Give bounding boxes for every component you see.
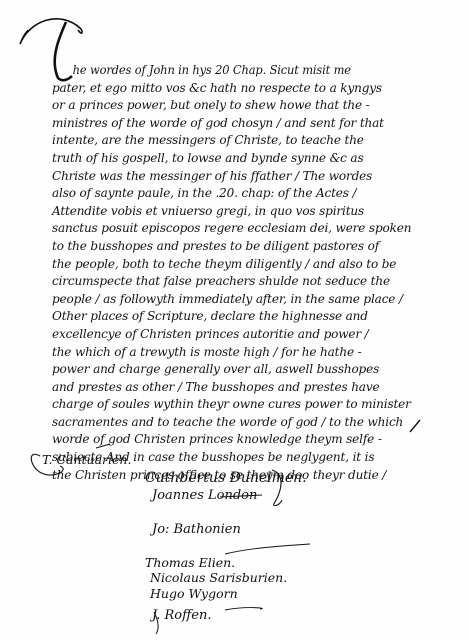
signature-jo-bathon: Jo: Bathonien — [152, 522, 241, 537]
signature-thomas: Thomas Elien. — [145, 555, 235, 570]
signature-joannes-london: Joannes London — [152, 488, 257, 503]
signature-nicolaus: Nicolaus Sarisburien. — [150, 570, 287, 585]
signature-cantuar: T. Cantuarien. — [42, 452, 131, 467]
signature-block: T. Cantuarien. Cuthbertus Dunelmen. Joan… — [0, 0, 469, 640]
signature-cuthbert: Cuthbertus Dunelmen. — [145, 470, 307, 486]
manuscript-page: he wordes of John in hys 20 Chap. Sicut … — [0, 0, 469, 640]
signature-hugo: Hugo Wygorn — [150, 586, 238, 601]
signature-roffen: J. Roffen. — [152, 608, 212, 623]
